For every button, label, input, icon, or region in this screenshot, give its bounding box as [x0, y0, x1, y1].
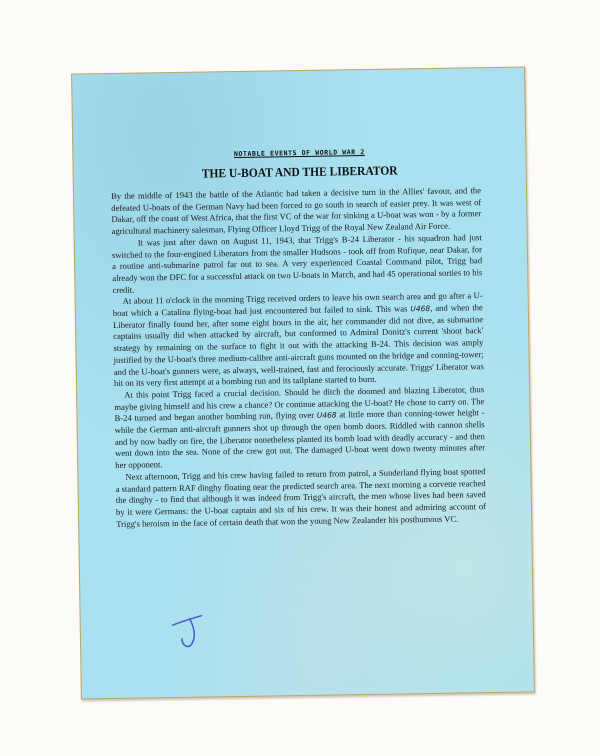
- paragraph-4: At this point Trigg faced a crucial deci…: [114, 384, 485, 472]
- uboat-designation: U468: [410, 304, 430, 313]
- paragraph-5: Next afternoon, Trigg and his crew havin…: [115, 466, 486, 530]
- series-heading: NOTABLE EVENTS OF WORLD WAR 2: [73, 145, 525, 160]
- article-body: By the middle of 1943 the battle of the …: [111, 185, 486, 530]
- paragraph-2: It was just after dawn on August 11, 194…: [112, 232, 483, 296]
- uboat-designation: U468: [317, 411, 337, 420]
- paragraph-3: At about 11 o'clock in the morning Trigg…: [113, 290, 484, 389]
- handwritten-initial-mark: [169, 613, 210, 654]
- paragraph-1: By the middle of 1943 the battle of the …: [111, 185, 482, 238]
- document-page: NOTABLE EVENTS OF WORLD WAR 2 THE U-BOAT…: [71, 66, 535, 699]
- document-title: THE U-BOAT AND THE LIBERATOR: [92, 162, 508, 184]
